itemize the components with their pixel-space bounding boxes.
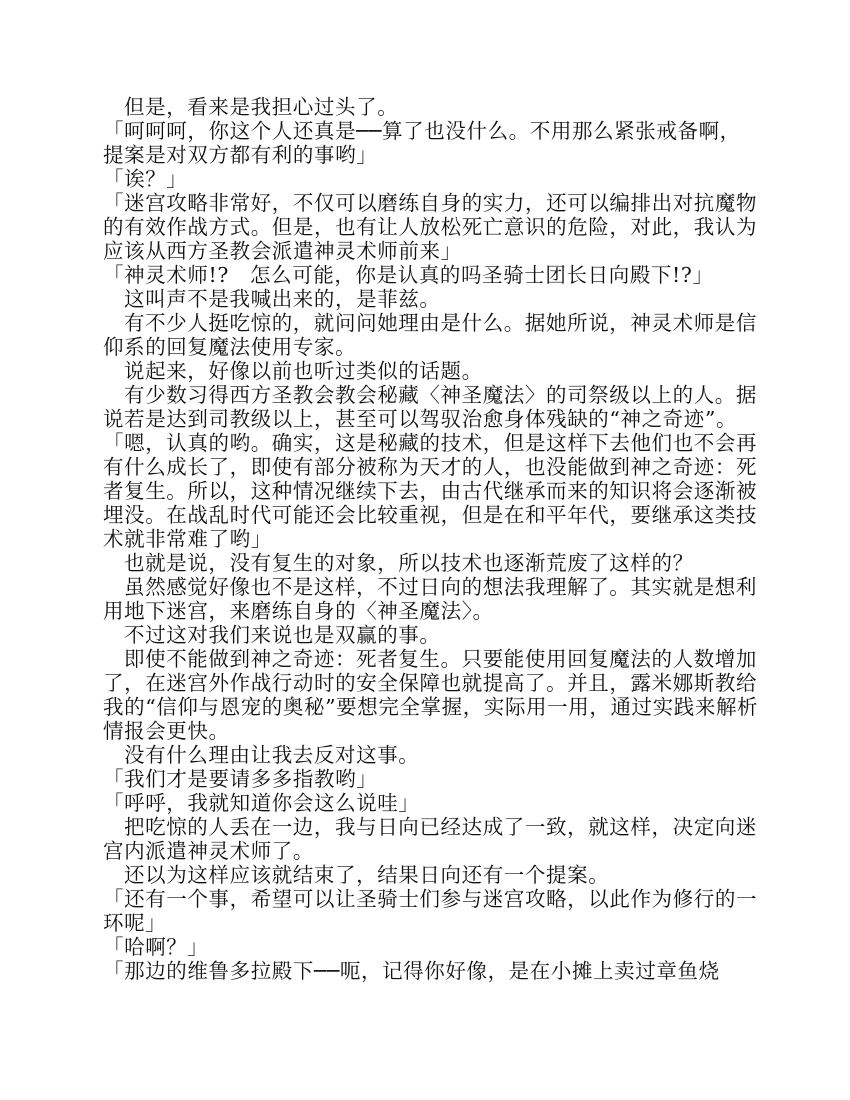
text-line: 「诶？」: [103, 167, 753, 191]
text-line: 有不少人挺吃惊的，就问问她理由是什么。据她所说，神灵术师是信: [103, 311, 753, 335]
text-line: 提案是对双方都有利的事哟」: [103, 143, 753, 167]
text-line: 但是，看来是我担心过头了。: [103, 95, 753, 119]
text-line: 用地下迷宫，来磨练自身的〈神圣魔法〉。: [103, 599, 753, 623]
text-line: 还以为这样应该就结束了，结果日向还有一个提案。: [103, 863, 753, 887]
text-line: 了，在迷宫外作战行动时的安全保障也就提高了。并且，露米娜斯教给: [103, 671, 753, 695]
text-line: 我的“信仰与恩宠的奥秘”要想完全掌握，实际用一用，通过实践来解析: [103, 695, 753, 719]
text-line: 「神灵术师!? 怎么可能，你是认真的吗圣骑士团长日向殿下!?」: [103, 263, 753, 287]
text-line: 说起来，好像以前也听过类似的话题。: [103, 359, 753, 383]
text-line: 「呼呼，我就知道你会这么说哇」: [103, 791, 753, 815]
text-line: 「嗯，认真的哟。确实，这是秘藏的技术，但是这样下去他们也不会再: [103, 431, 753, 455]
text-line: 有什么成长了，即使有部分被称为天才的人，也没能做到神之奇迹：死: [103, 455, 753, 479]
text-line: 说若是达到司教级以上，甚至可以驾驭治愈身体残缺的“神之奇迹”。: [103, 407, 753, 431]
text-line: 应该从西方圣教会派遣神灵术师前来」: [103, 239, 753, 263]
text-line: 即使不能做到神之奇迹：死者复生。只要能使用回复魔法的人数增加: [103, 647, 753, 671]
document-page: 但是，看来是我担心过头了。「呵呵呵，你这个人还真是──算了也没什么。不用那么紧张…: [103, 95, 753, 983]
text-line: 仰系的回复魔法使用专家。: [103, 335, 753, 359]
text-line: 也就是说，没有复生的对象，所以技术也逐渐荒废了这样的？: [103, 551, 753, 575]
text-line: 环呢」: [103, 911, 753, 935]
text-line: 宫内派遣神灵术师了。: [103, 839, 753, 863]
text-line: 「迷宫攻略非常好，不仅可以磨练自身的实力，还可以编排出对抗魔物: [103, 191, 753, 215]
text-line: 者复生。所以，这种情况继续下去，由古代继承而来的知识将会逐渐被: [103, 479, 753, 503]
text-line: 情报会更快。: [103, 719, 753, 743]
text-line: 「我们才是要请多多指教哟」: [103, 767, 753, 791]
text-line: 有少数习得西方圣教会教会秘藏〈神圣魔法〉的司祭级以上的人。据: [103, 383, 753, 407]
text-line: 「哈啊？」: [103, 935, 753, 959]
text-line: 这叫声不是我喊出来的，是菲兹。: [103, 287, 753, 311]
text-line: 没有什么理由让我去反对这事。: [103, 743, 753, 767]
text-line: 「还有一个事，希望可以让圣骑士们参与迷宫攻略，以此作为修行的一: [103, 887, 753, 911]
text-line: 「呵呵呵，你这个人还真是──算了也没什么。不用那么紧张戒备啊，: [103, 119, 753, 143]
text-line: 不过这对我们来说也是双赢的事。: [103, 623, 753, 647]
text-line: 「那边的维鲁多拉殿下──呃，记得你好像，是在小摊上卖过章鱼烧: [103, 959, 753, 983]
text-line: 虽然感觉好像也不是这样，不过日向的想法我理解了。其实就是想利: [103, 575, 753, 599]
text-line: 把吃惊的人丢在一边，我与日向已经达成了一致，就这样，决定向迷: [103, 815, 753, 839]
text-line: 术就非常难了哟」: [103, 527, 753, 551]
text-line: 埋没。在战乱时代可能还会比较重视，但是在和平年代，要继承这类技: [103, 503, 753, 527]
text-line: 的有效作战方式。但是，也有让人放松死亡意识的危险，对此，我认为: [103, 215, 753, 239]
